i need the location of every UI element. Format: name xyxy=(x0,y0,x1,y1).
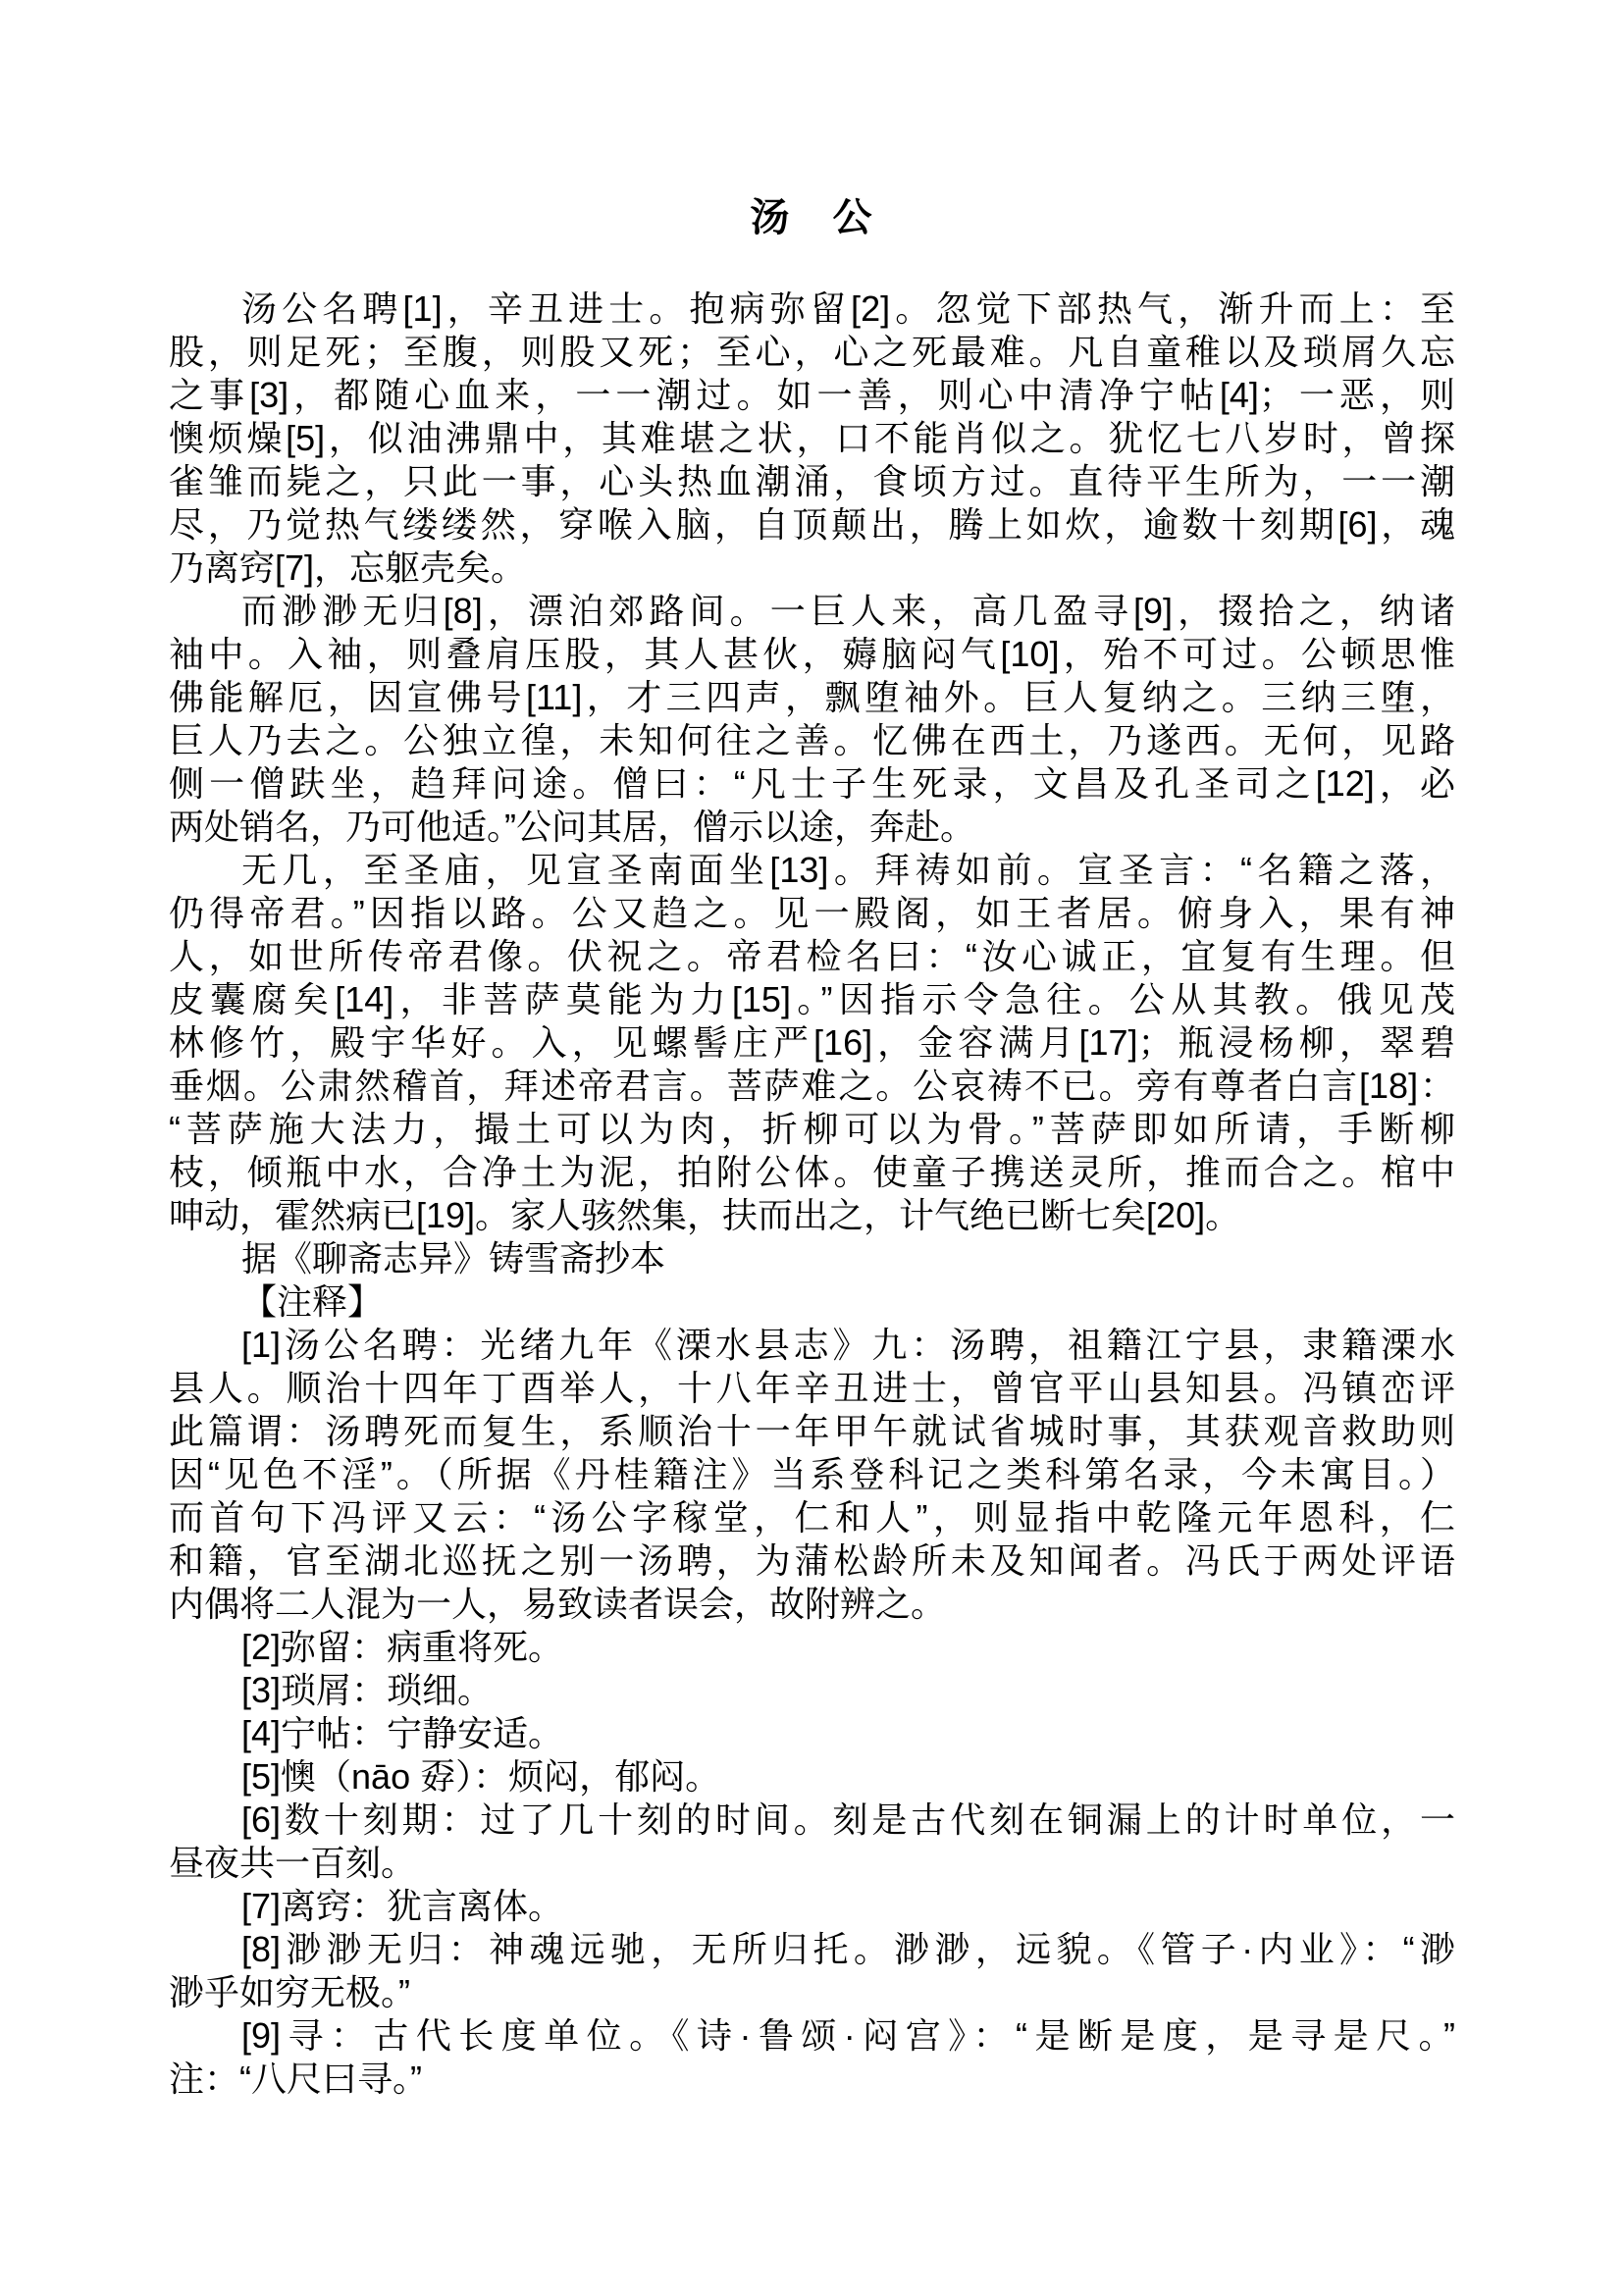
text-line: 尽，乃觉热气缕缕然，穿喉入脑，自顶颠出，腾上如炊，逾数十刻期[6]，魂 xyxy=(169,503,1455,547)
text-line: 巨人乃去之。公独立徨，未知何往之善。忆佛在西土，乃遂西。无何，见路 xyxy=(169,719,1455,762)
text-line: 【注释】 xyxy=(169,1280,1455,1324)
text-line: 县人。顺治十四年丁酉举人，十八年辛丑进士，曾官平山县知县。冯镇峦评 xyxy=(169,1367,1455,1410)
text-line: 枝，倾瓶中水，合净土为泥，拍附公体。使童子携送灵所，推而合之。棺中 xyxy=(169,1151,1455,1194)
text-line: “菩萨施大法力，撮土可以为肉，折柳可以为骨。”菩萨即如所请，手断柳 xyxy=(169,1108,1455,1151)
text-line: [7]离窍：犹言离体。 xyxy=(169,1885,1455,1928)
text-line: 懊烦燥[5]，似油沸鼎中，其难堪之状，口不能肖似之。犹忆七八岁时，曾探 xyxy=(169,417,1455,460)
text-line: 股，则足死；至腹，则股又死；至心，心之死最难。凡自童稚以及琐屑久忘 xyxy=(169,331,1455,374)
text-line: [4]宁帖：宁静安适。 xyxy=(169,1712,1455,1755)
text-line: 呻动，霍然病已[19]。家人骇然集，扶而出之，计气绝已断七矣[20]。 xyxy=(169,1194,1455,1237)
text-line: 袖中。入袖，则叠肩压股，其人甚伙，薅脑闷气[10]，殆不可过。公顿思惟 xyxy=(169,633,1455,676)
text-line: 之事[3]，都随心血来，一一潮过。如一善，则心中清净宁帖[4]；一恶，则 xyxy=(169,374,1455,417)
text-line: 据《聊斋志异》铸雪斋抄本 xyxy=(169,1237,1455,1280)
text-line: 和籍，官至湖北巡抚之别一汤聘，为蒲松龄所未及知闻者。冯氏于两处评语 xyxy=(169,1539,1455,1583)
page-title: 汤 公 xyxy=(169,196,1455,239)
text-line: 皮囊腐矣[14]，非菩萨莫能为力[15]。”因指示令急往。公从其教。俄见茂 xyxy=(169,978,1455,1021)
text-line: 此篇谓：汤聘死而复生，系顺治十一年甲午就试省城时事，其获观音救助则 xyxy=(169,1410,1455,1453)
text-line: 无几，至圣庙，见宣圣南面坐[13]。拜祷如前。宣圣言：“名籍之落， xyxy=(169,849,1455,892)
text-line: 乃离窍[7]，忘躯壳矣。 xyxy=(169,547,1455,590)
text-line: 汤公名聘[1]，辛丑进士。抱病弥留[2]。忽觉下部热气，渐升而上：至 xyxy=(169,287,1455,331)
text-line: [1]汤公名聘：光绪九年《溧水县志》九：汤聘，祖籍江宁县，隶籍溧水 xyxy=(169,1324,1455,1367)
text-line: 而首句下冯评又云：“汤公字稼堂，仁和人”，则显指中乾隆元年恩科，仁 xyxy=(169,1496,1455,1539)
text-line: 雀雏而毙之，只此一事，心头热血潮涌，食顷方过。直待平生所为，一一潮 xyxy=(169,460,1455,503)
document-body: 汤公名聘[1]，辛丑进士。抱病弥留[2]。忽觉下部热气，渐升而上：至股，则足死；… xyxy=(169,287,1455,2101)
text-line: 内偶将二人混为一人，易致读者误会，故附辨之。 xyxy=(169,1583,1455,1626)
text-line: 林修竹，殿宇华好。入，见螺髻庄严[16]，金容满月[17]；瓶浸杨柳，翠碧 xyxy=(169,1021,1455,1065)
document-page: 汤 公 汤公名聘[1]，辛丑进士。抱病弥留[2]。忽觉下部热气，渐升而上：至股，… xyxy=(0,0,1624,2294)
text-line: 而渺渺无归[8]，漂泊郊路间。一巨人来，高几盈寻[9]，掇拾之，纳诸 xyxy=(169,590,1455,633)
text-line: [3]琐屑：琐细。 xyxy=(169,1669,1455,1712)
text-line: 仍得帝君。”因指以路。公又趋之。见一殿阁，如王者居。俯身入，果有神 xyxy=(169,892,1455,935)
text-line: 注：“八尺曰寻。” xyxy=(169,2058,1455,2101)
text-line: [6]数十刻期：过了几十刻的时间。刻是古代刻在铜漏上的计时单位，一 xyxy=(169,1799,1455,1842)
text-line: [9]寻：古代长度单位。《诗·鲁颂·闷宫》：“是断是度，是寻是尺。” xyxy=(169,2014,1455,2058)
text-line: 昼夜共一百刻。 xyxy=(169,1842,1455,1885)
text-line: [8]渺渺无归：神魂远驰，无所归托。渺渺，远貌。《管子·内业》：“渺 xyxy=(169,1928,1455,1971)
text-line: 两处销名，乃可他适。”公问其居，僧示以途，奔赴。 xyxy=(169,806,1455,849)
text-line: 人，如世所传帝君像。伏祝之。帝君检名曰：“汝心诚正，宜复有生理。但 xyxy=(169,935,1455,978)
text-line: [2]弥留：病重将死。 xyxy=(169,1626,1455,1669)
text-line: 因“见色不淫”。（所据《丹桂籍注》当系登科记之类科第名录，今未寓目。） xyxy=(169,1453,1455,1496)
text-line: 渺乎如穷无极。” xyxy=(169,1971,1455,2014)
text-line: 垂烟。公肃然稽首，拜述帝君言。菩萨难之。公哀祷不已。旁有尊者白言[18]： xyxy=(169,1065,1455,1108)
text-line: 侧一僧趺坐，趋拜问途。僧曰：“凡士子生死录，文昌及孔圣司之[12]，必 xyxy=(169,762,1455,806)
text-line: 佛能解厄，因宣佛号[11]，才三四声，飘堕袖外。巨人复纳之。三纳三堕， xyxy=(169,676,1455,719)
text-line: [5]懊（nāo 孬）：烦闷，郁闷。 xyxy=(169,1755,1455,1799)
